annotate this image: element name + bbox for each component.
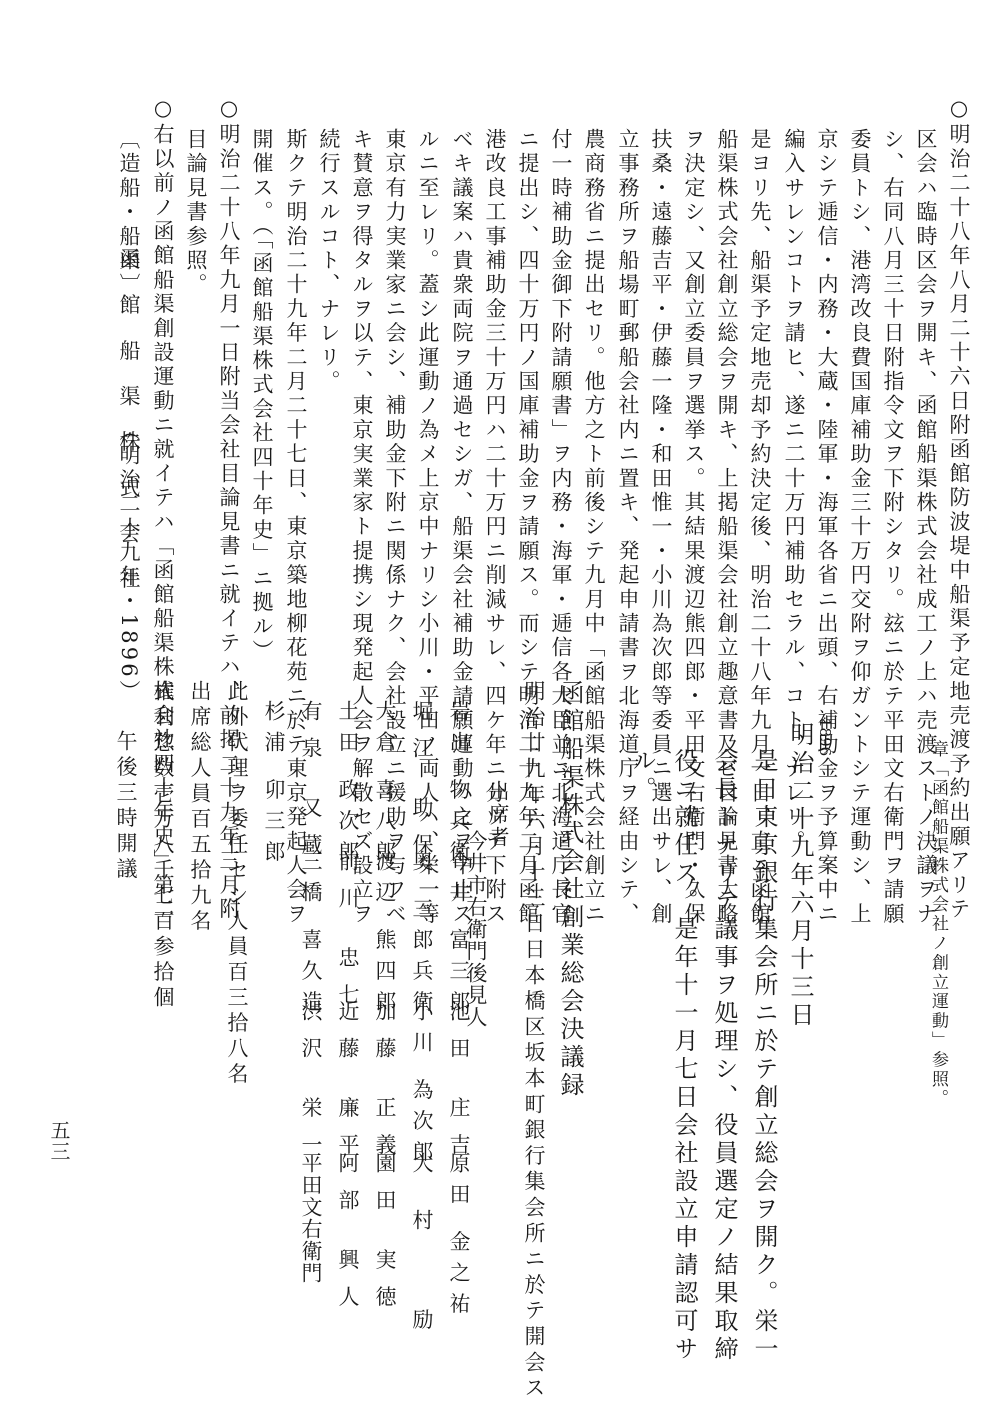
text-column: 立事務所ヲ船場町郵船会社内ニ置キ、発起申請書ヲ北海道庁ヲ経由シテ、	[617, 128, 638, 927]
text-column: シ、右同八月三十日附指令文ヲ下附シタリ。玆ニ於テ平田文右衛門ヲ請願	[882, 128, 903, 927]
text-column: 扶桑・遠藤吉平・伊藤一隆・和田惟一・小川為次郎等委員ニ選出サレ、創	[650, 128, 671, 927]
entry-body-line: 会長トナリテ議事ヲ処理シ、役員選定ノ結果取締	[712, 748, 736, 1364]
minutes-title: 函館船渠株式会社創業総会決議録	[558, 680, 582, 1100]
text-column: 農商務省ニ提出セリ。他方之ト前後シテ九月中「函館船渠株式会社創立ニ	[583, 128, 604, 927]
attendee-name: 近藤 廉平	[337, 1000, 358, 1171]
total-attendance: 出席総人員百五拾九名	[189, 680, 210, 935]
attendee-name: 阿部 興人	[337, 1152, 358, 1323]
attendee-name: 渋沢 栄一	[300, 1000, 321, 1171]
attendee-name: 有泉 又蔵	[300, 700, 321, 871]
attendee-name: 今井 富三郎	[448, 850, 469, 1022]
attendee-name: 平田文右衛門	[300, 1152, 321, 1284]
attendee-name: 土田 政次郎	[337, 700, 358, 872]
proxy-count: 此外代理ヲ委任セシ人員百三拾八名	[226, 680, 247, 1088]
attendee-name: 池田 庄吉	[448, 1000, 469, 1171]
text-column: 委員トシ、港湾改良費国庫補助金三十万円交附ヲ仰ガントシテ運動シ、上	[849, 128, 870, 927]
attendee-name: 堀江 助保	[411, 700, 432, 871]
era-label: （明治二十九年・1896）	[118, 420, 139, 704]
total-shares: 権利惣数壱万八千七百参拾個	[152, 680, 173, 1012]
text-column: 目論見書参照。	[185, 128, 206, 297]
attendee-name: 三橋 喜久造	[300, 850, 321, 1022]
attendee-name: 渡辺 熊四郎	[374, 850, 395, 1022]
attendee-name: 大倉 喜八郎	[374, 700, 395, 872]
attendee-name: 小川 為次郎	[411, 1000, 432, 1172]
attendees-label: 出席者	[487, 780, 508, 849]
text-column: ○明治二十八年八月二十六日附函館防波堤中船渠予定地売渡予約出願アリテ	[948, 96, 969, 922]
opening-time: 午後三時開議	[115, 730, 136, 883]
attendee-name: 大村 励	[411, 1152, 432, 1366]
minutes-venue: 明治廿九年六月十三日日本橋区坂本町銀行集会所ニ於テ開会ス	[523, 680, 544, 1402]
attendee-name: 加藤 正義	[374, 1000, 395, 1171]
text-column: 続行スルコト、ナレリ。	[318, 128, 339, 394]
reference-continuation: 章「函館船渠株式会社ノ創立運動」参照。	[929, 740, 946, 1109]
attendee-name: 原田 金之祐	[448, 1152, 469, 1324]
entry-date: 明治二十九年六月十三日	[788, 722, 812, 1030]
attendee-name: 杉浦 卯三郎	[263, 700, 284, 872]
entry-body-line: 是日東京銀行集会所ニ於テ創立総会ヲ開ク。栄一	[752, 748, 776, 1364]
attendee-name: 前川 忠七	[337, 850, 358, 1021]
entry-body-line: 役ニ就任ス。是年十一月七日会社設立申請認可サ	[672, 748, 696, 1364]
attendee-name: 園田 実徳	[374, 1152, 395, 1323]
text-column: 開催ス。（「函館船渠株式会社四十年史」ニ拠ル）	[251, 128, 272, 664]
entry-body-line: ル。	[630, 748, 654, 804]
page-number: 五三	[45, 1120, 74, 1162]
western-year: 1896	[816, 718, 834, 756]
attendee-name: 奥 三郎兵衛	[411, 850, 432, 1022]
text-column: 京シテ逓信・内務・大蔵・陸軍・海軍各省ニ出頭、右補助金ヲ予算案中ニ	[816, 128, 837, 927]
